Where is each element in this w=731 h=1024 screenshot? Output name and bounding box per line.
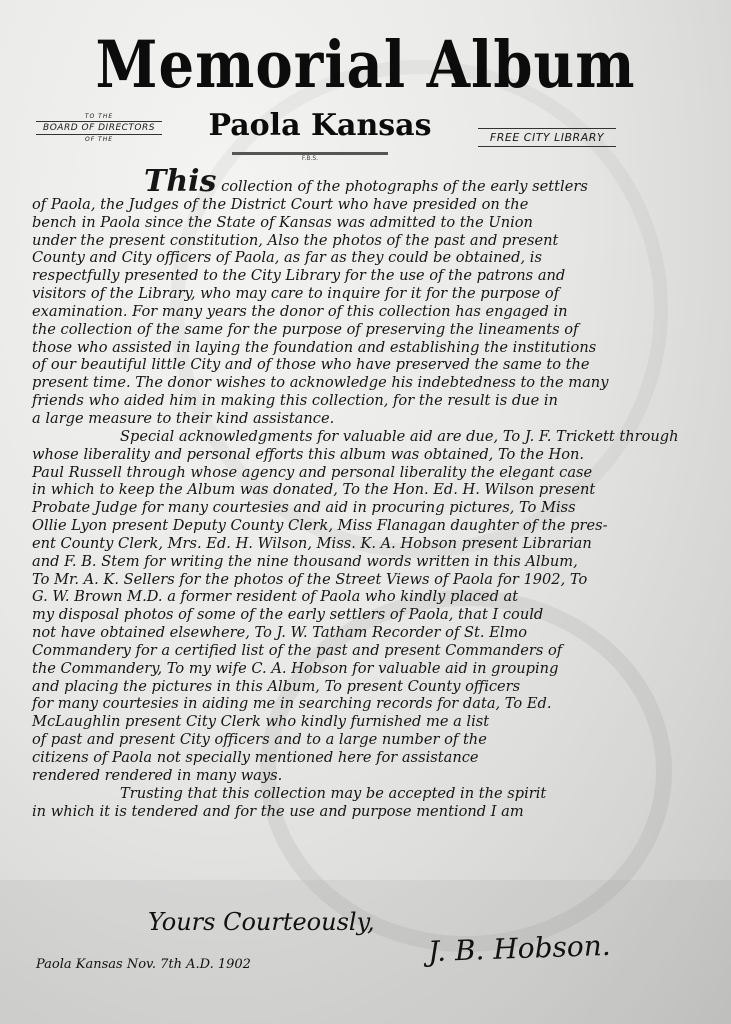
- paragraph-closing: Trusting that this collection may be acc…: [32, 785, 694, 821]
- label-line: FREE CITY LIBRARY: [478, 128, 616, 147]
- text-line: and placing the pictures in this Album, …: [32, 678, 694, 696]
- scribe-initials: F.B.S.: [232, 155, 388, 162]
- text-line: Probate Judge for many courtesies and ai…: [32, 499, 694, 517]
- paragraph-dedication: This collection of the photographs of th…: [32, 172, 694, 428]
- text-line: McLaughlin present City Clerk who kindly…: [32, 713, 694, 731]
- label-line: BOARD OF DIRECTORS: [36, 121, 162, 135]
- text-line: my disposal photos of some of the early …: [32, 606, 694, 624]
- text-line: examination. For many years the donor of…: [32, 303, 694, 321]
- text-line: in which it is tendered and for the use …: [32, 803, 694, 821]
- text-line: whose liberality and personal efforts th…: [32, 446, 694, 464]
- page-title: Memorial Album: [0, 27, 731, 103]
- text-line: under the present constitution, Also the…: [32, 232, 694, 250]
- text-line: To Mr. A. K. Sellers for the photos of t…: [32, 571, 694, 589]
- place-and-date: Paola Kansas Nov. 7th A.D. 1902: [36, 957, 251, 972]
- label-line: OF THE: [36, 136, 162, 143]
- text-line: of Paola, the Judges of the District Cou…: [32, 196, 694, 214]
- text-line: ent County Clerk, Mrs. Ed. H. Wilson, Mi…: [32, 535, 694, 553]
- text-line: Ollie Lyon present Deputy County Clerk, …: [32, 517, 694, 535]
- text-line: those who assisted in laying the foundat…: [32, 339, 694, 357]
- text-line: of our beautiful little City and of thos…: [32, 356, 694, 374]
- paper-shading: [0, 880, 731, 1024]
- text-line: G. W. Brown M.D. a former resident of Pa…: [32, 588, 694, 606]
- text-line: in which to keep the Album was donated, …: [32, 481, 694, 499]
- text-line: a large measure to their kind assistance…: [32, 410, 694, 428]
- text-line: Special acknowledgments for valuable aid…: [32, 428, 694, 446]
- text-line: rendered rendered in many ways.: [32, 767, 694, 785]
- text-line: County and City officers of Paola, as fa…: [32, 249, 694, 267]
- text-line: visitors of the Library, who may care to…: [32, 285, 694, 303]
- text-line: present time. The donor wishes to acknow…: [32, 374, 694, 392]
- text-line: This collection of the photographs of th…: [32, 172, 694, 196]
- free-city-library-label: FREE CITY LIBRARY: [478, 128, 616, 147]
- text-line: and F. B. Stem for writing the nine thou…: [32, 553, 694, 571]
- drop-cap-word: This: [32, 164, 216, 199]
- text-line: for many courtesies in aiding me in sear…: [32, 695, 694, 713]
- text-line: friends who aided him in making this col…: [32, 392, 694, 410]
- text-line: the collection of the same for the purpo…: [32, 321, 694, 339]
- page-subtitle: Paola Kansas: [200, 108, 440, 143]
- text-line: the Commandery, To my wife C. A. Hobson …: [32, 660, 694, 678]
- text-line: Paul Russell through whose agency and pe…: [32, 464, 694, 482]
- closing-salutation: Yours Courteously,: [148, 908, 375, 936]
- text-line: citizens of Paola not specially mentione…: [32, 749, 694, 767]
- text-line: of past and present City officers and to…: [32, 731, 694, 749]
- text-line: not have obtained elsewhere, To J. W. Ta…: [32, 624, 694, 642]
- text-line: Trusting that this collection may be acc…: [32, 785, 694, 803]
- letter-body: This collection of the photographs of th…: [32, 172, 694, 820]
- board-of-directors-label: TO THE BOARD OF DIRECTORS OF THE: [36, 113, 162, 143]
- text-line: Commandery for a certified list of the p…: [32, 642, 694, 660]
- text-line: respectfully presented to the City Libra…: [32, 267, 694, 285]
- signature: J. B. Hobson.: [427, 929, 611, 968]
- text-line: bench in Paola since the State of Kansas…: [32, 214, 694, 232]
- paragraph-acknowledgments: Special acknowledgments for valuable aid…: [32, 428, 694, 785]
- label-line: TO THE: [36, 113, 162, 120]
